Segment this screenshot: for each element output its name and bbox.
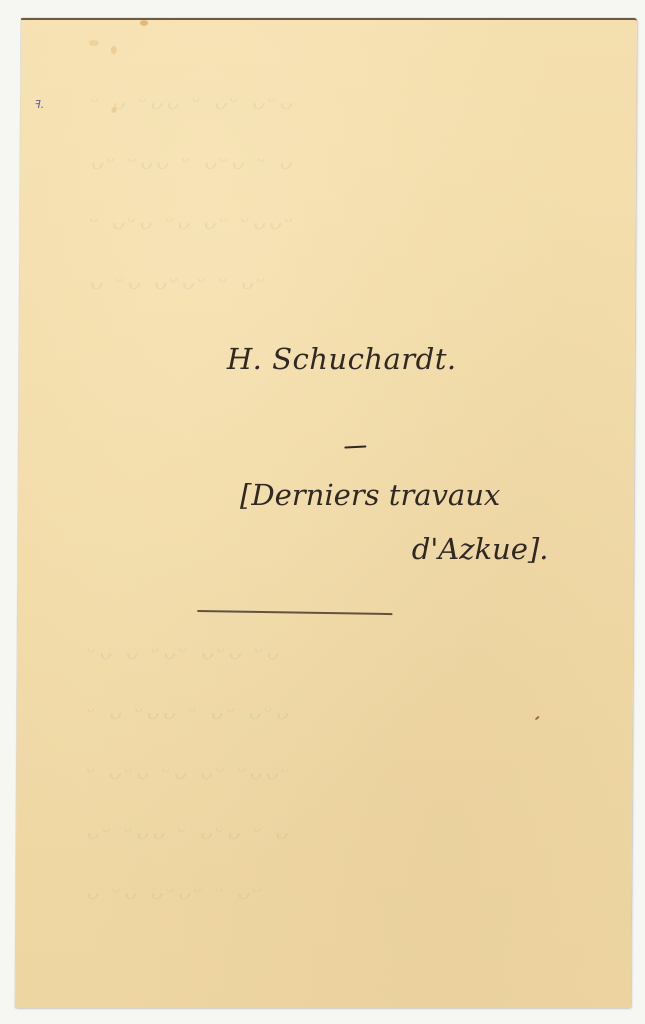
bleed-through-text: ᴗᵕ ᵕᴗᴗ ᵕ ᴗᵕᴗ ᵕ ᴗ xyxy=(86,820,592,845)
bleed-through-text: ᴗ ᵕᴗ ᴗᵕᴗᵕ ᵕ ᴗᵕ xyxy=(86,880,592,905)
title-line-1: [Derniers travaux xyxy=(240,478,500,512)
foxing-spot xyxy=(140,20,148,26)
paper-sheet: ᵕ ᴗ ᵕᴗᴗ ᵕ ᴗᵕ ᴗᵕᴗ ᴗᵕ ᵕᴗᴗ ᵕ ᴗᵕᴗ ᵕ ᴗ ᵕ ᴗᵕᴗ … xyxy=(15,18,637,1008)
separator-dash xyxy=(344,445,366,448)
bleed-through-text: ᵕ ᴗᵕᴗ ᵕᴗ ᴗᵕ ᵕᴗᴗᵕ xyxy=(86,760,592,785)
scanned-document: ᵕ ᴗ ᵕᴗᴗ ᵕ ᴗᵕ ᴗᵕᴗ ᴗᵕ ᵕᴗᴗ ᵕ ᴗᵕᴗ ᵕ ᴗ ᵕ ᴗᵕᴗ … xyxy=(0,0,645,1024)
bleed-through-text: ᴗ ᵕᴗ ᴗᵕᴗᵕ ᵕ ᴗᵕ xyxy=(89,270,595,295)
bleed-through-text: ᴗᵕ ᵕᴗᴗ ᵕ ᴗᵕᴗ ᵕ ᴗ xyxy=(90,150,596,175)
bleed-through-text: ᵕ ᴗᵕᴗ ᵕᴗ ᴗᵕ ᵕᴗᴗᵕ xyxy=(90,210,596,235)
foxing-spot xyxy=(89,40,99,46)
foxing-spot xyxy=(111,46,117,54)
bleed-through-text: ᵕ ᴗ ᵕᴗᴗ ᵕ ᴗᵕ ᴗᵕᴗ xyxy=(87,700,593,725)
foxing-spot xyxy=(111,107,116,113)
bleed-through-text: ᵕ ᴗ ᵕᴗᴗ ᵕ ᴗᵕ ᴗᵕᴗ xyxy=(90,90,596,115)
bleed-through-text: ᵕᴗ ᴗ ᵕᴗᵕ ᴗᵕᴗ ᵕᴗ xyxy=(87,640,593,665)
author-name: H. Schuchardt. xyxy=(227,342,457,376)
title-line-2: d'Azkue]. xyxy=(412,532,549,566)
archive-margin-mark: ꟻ. xyxy=(34,98,44,111)
underline-rule xyxy=(197,610,392,615)
